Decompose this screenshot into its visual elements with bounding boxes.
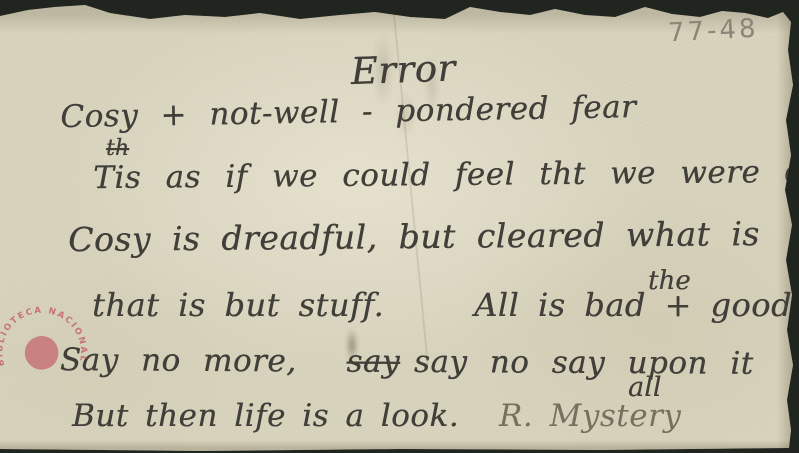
handwriting-segment: R. Mystery	[499, 398, 681, 434]
interlinear-insertion: all	[628, 372, 661, 403]
handwriting-segment: All is bad + good	[474, 286, 792, 324]
handwriting-segment: !	[791, 398, 799, 434]
handwriting-segment: But then life is a look.	[72, 398, 459, 434]
manuscript-title: Error	[350, 46, 456, 93]
manuscript-line: But then life is a look.R. Mystery!	[72, 398, 799, 434]
stamp-center-circle	[23, 334, 60, 371]
torn-paper-sheet: 77-48 Error Cosy + not-well - pondered f…	[0, 0, 799, 453]
scanned-manuscript-page: 77-48 Error Cosy + not-well - pondered f…	[0, 0, 799, 453]
manuscript-line: Cosy is dreadful, but cleared what is	[68, 214, 760, 259]
interlinear-insertion: the	[648, 266, 691, 296]
handwriting-segment: say no say upon it	[414, 344, 754, 382]
interlinear-insertion: th	[106, 136, 129, 161]
handwriting-segment: that is but stuff.	[92, 286, 384, 324]
pencil-catalog-number: 77-48	[667, 14, 759, 49]
handwriting-segment: Say no more,	[60, 342, 297, 379]
handwriting-segment: Tis as if we could feel tht we were dead	[93, 153, 799, 196]
library-stamp-icon: BIBLIOTECA NACIONAL	[0, 296, 95, 402]
handwriting-segment: say	[346, 344, 400, 380]
manuscript-line: Cosy + not-well - pondered fear	[60, 89, 637, 135]
handwriting-segment: Cosy is dreadful, but cleared what is	[68, 214, 760, 259]
manuscript-line: Tis as if we could feel tht we were dead	[93, 153, 799, 196]
handwriting-segment: Cosy + not-well - pondered fear	[60, 89, 637, 135]
